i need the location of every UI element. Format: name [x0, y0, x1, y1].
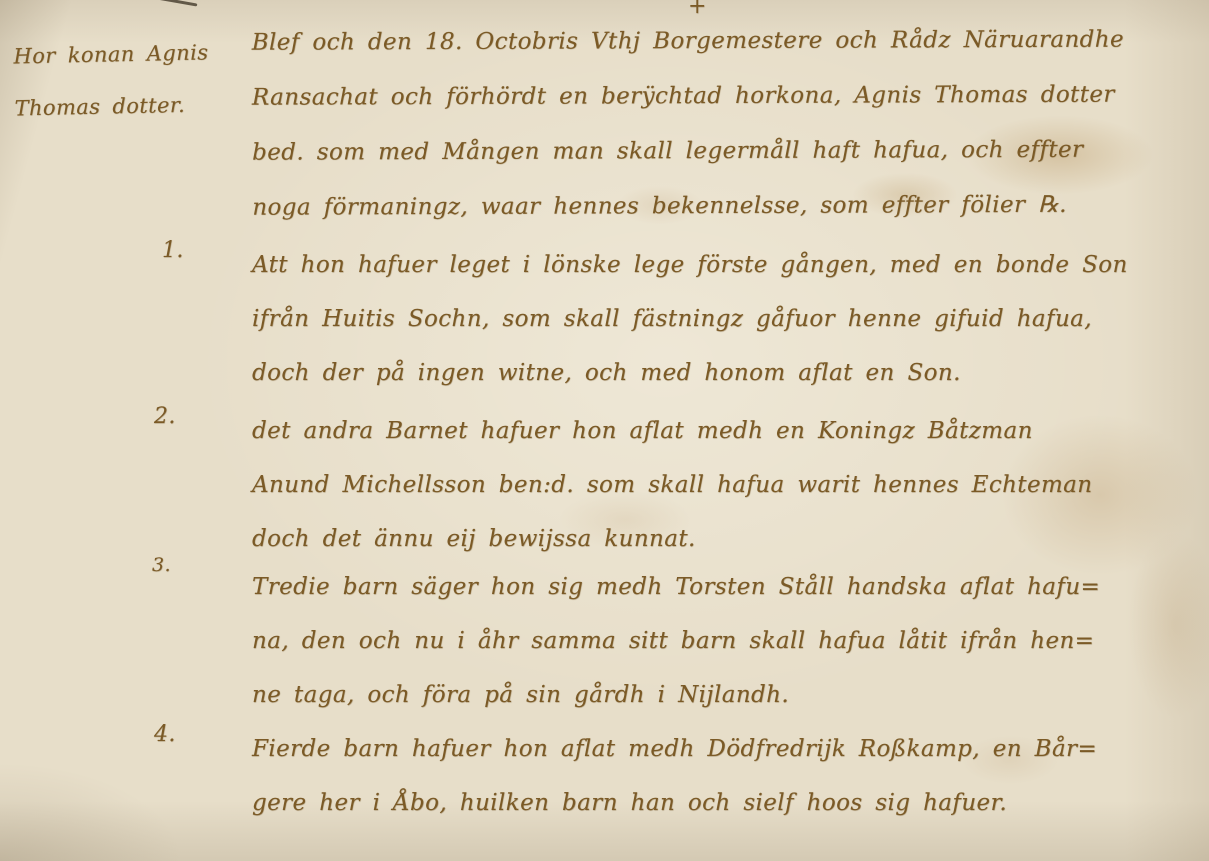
- text-line: doch der på ingen witne, och med honom a…: [252, 346, 1202, 400]
- list-item: 2. det andra Barnet hafuer hon aflat med…: [148, 404, 1202, 566]
- text-line: na, den och nu i åhr samma sitt barn ska…: [252, 614, 1202, 668]
- text-line: ifrån Huitis Sochn, som skall fästningz …: [252, 292, 1202, 346]
- item-text: det andra Barnet hafuer hon aflat medh e…: [252, 404, 1202, 566]
- item-number: 2.: [148, 404, 252, 566]
- item-number: 4.: [148, 722, 252, 830]
- item-text: Fierde barn hafuer hon aflat medh Dödfre…: [252, 722, 1202, 830]
- item-number: 1.: [148, 238, 252, 400]
- margin-note: Hor konan Agnis Thomas dotter.: [13, 26, 250, 135]
- list-item: 1. Att hon hafuer leget i lönske lege fö…: [148, 238, 1202, 400]
- margin-note-line: Thomas dotter.: [14, 78, 250, 135]
- item-text: Tredie barn säger hon sig medh Torsten S…: [252, 560, 1202, 722]
- ink-slash-mark: [89, 0, 198, 7]
- text-line: gere her i Åbo, huilken barn han och sie…: [252, 776, 1202, 830]
- text-line: Anund Michellsson ben:d. som skall hafua…: [252, 458, 1202, 512]
- text-line: noga förmaningz, waar hennes bekennelsse…: [252, 177, 1202, 235]
- text-line: Fierde barn hafuer hon aflat medh Dödfre…: [252, 722, 1202, 776]
- text-line: bed. som med Mången man skall legermåll …: [252, 122, 1202, 180]
- margin-note-line: Hor konan Agnis: [13, 26, 249, 83]
- text-line: ne taga, och föra på sin gårdh i Nijland…: [252, 668, 1202, 722]
- list-item: 3. Tredie barn säger hon sig medh Torste…: [148, 560, 1202, 722]
- text-line: det andra Barnet hafuer hon aflat medh e…: [252, 404, 1202, 458]
- text-line: Ransachat och förhördt en berÿchtad hork…: [252, 67, 1202, 125]
- text-line: Blef och den 18. Octobris Vthj Borgemest…: [252, 12, 1202, 70]
- text-line: Tredie barn säger hon sig medh Torsten S…: [252, 560, 1202, 614]
- manuscript-page: + Hor konan Agnis Thomas dotter. Blef oc…: [0, 0, 1209, 861]
- item-number: 3.: [148, 554, 252, 716]
- text-line: Att hon hafuer leget i lönske lege först…: [252, 238, 1202, 292]
- text-line: doch det ännu eij bewijssa kunnat.: [252, 512, 1202, 566]
- list-item: 4. Fierde barn hafuer hon aflat medh Död…: [148, 722, 1202, 830]
- item-text: Att hon hafuer leget i lönske lege först…: [252, 238, 1202, 400]
- intro-paragraph: Blef och den 18. Octobris Vthj Borgemest…: [252, 12, 1203, 235]
